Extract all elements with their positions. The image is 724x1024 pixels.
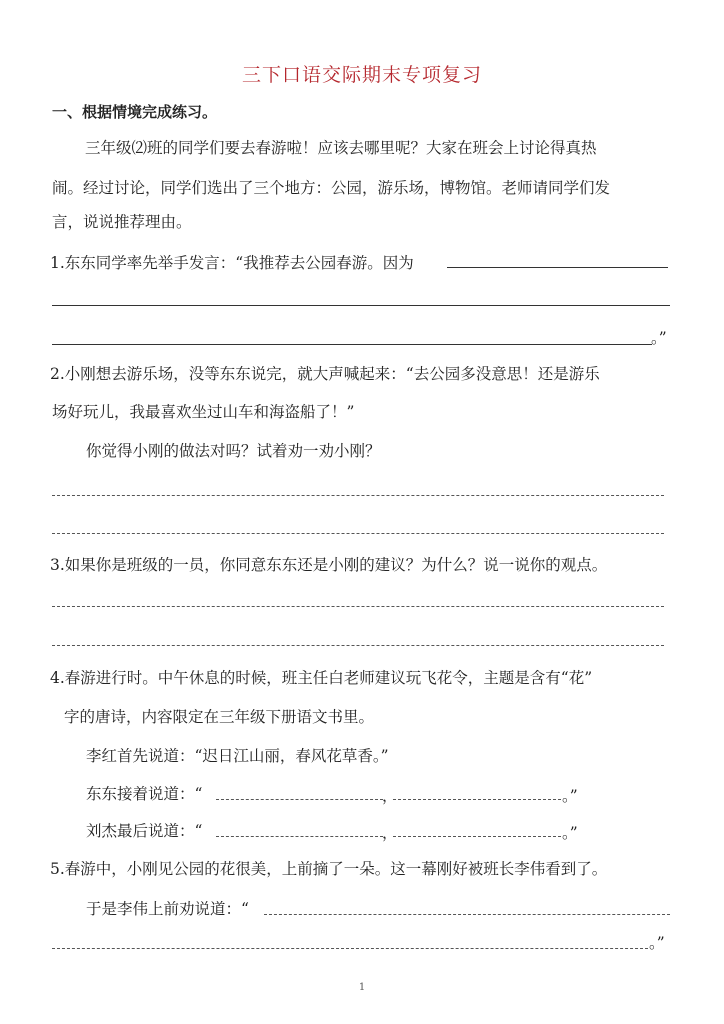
question-1: 1.东东同学率先举手发言：“我推荐去公园春游。因为 bbox=[50, 253, 414, 273]
question-5-line-1: 5.春游中，小刚见公园的花很美，上前摘了一朵。这一幕刚好被班长李伟看到了。 bbox=[50, 859, 607, 879]
comma: ， bbox=[382, 784, 398, 806]
closing-quote-q5: 。” bbox=[649, 931, 665, 953]
question-number: 1. bbox=[50, 254, 65, 272]
intro-line-3: 言，说说推荐理由。 bbox=[52, 212, 192, 232]
answer-line-q1-b[interactable] bbox=[52, 305, 670, 306]
intro-line-2: 闹。经过讨论，同学们选出了三个地方：公园，游乐场，博物馆。老师请同学们发 bbox=[52, 178, 610, 198]
answer-blank-liujie-1[interactable] bbox=[216, 836, 383, 837]
question-number: 3. bbox=[50, 556, 65, 574]
answer-line-q5-b[interactable] bbox=[52, 948, 648, 949]
answer-blank-dongdong-2[interactable] bbox=[393, 799, 561, 800]
answer-line-q3-a[interactable] bbox=[52, 606, 664, 607]
question-text: 如果你是班级的一员，你同意东东还是小刚的建议？为什么？说一说你的观点。 bbox=[65, 556, 608, 574]
worksheet-page: 三下口语交际期末专项复习 一、根据情境完成练习。 三年级⑵班的同学们要去春游啦！… bbox=[0, 0, 724, 1024]
question-number: 5. bbox=[50, 860, 65, 878]
question-2-line-2: 场好玩儿，我最喜欢坐过山车和海盗船了！” bbox=[52, 402, 354, 422]
question-2-prompt: 你觉得小刚的做法对吗？试着劝一劝小刚？ bbox=[86, 441, 381, 461]
answer-line-q2-b[interactable] bbox=[52, 533, 664, 534]
question-2-line-1: 2.小刚想去游乐场，没等东东说完，就大声喊起来：“去公园多没意思！还是游乐 bbox=[50, 364, 600, 384]
question-text: 东东同学率先举手发言：“我推荐去公园春游。因为 bbox=[65, 254, 414, 272]
question-4-liujie-label: 刘杰最后说道：“ bbox=[86, 821, 202, 841]
question-text: 春游进行时。中午休息的时候，班主任白老师建议玩飞花令，主题是含有“花” bbox=[65, 669, 592, 687]
question-text: 小刚想去游乐场，没等东东说完，就大声喊起来：“去公园多没意思！还是游乐 bbox=[65, 365, 600, 383]
answer-line-q1-a[interactable] bbox=[447, 267, 668, 268]
answer-blank-liujie-2[interactable] bbox=[393, 836, 561, 837]
question-4-line-2: 字的唐诗，内容限定在三年级下册语文书里。 bbox=[64, 707, 374, 727]
closing-quote: 。” bbox=[562, 784, 578, 806]
answer-line-q5-a[interactable] bbox=[264, 914, 670, 915]
closing-quote: 。” bbox=[562, 821, 578, 843]
answer-blank-dongdong-1[interactable] bbox=[216, 799, 383, 800]
answer-line-q3-b[interactable] bbox=[52, 645, 664, 646]
question-4-line-1: 4.春游进行时。中午休息的时候，班主任白老师建议玩飞花令，主题是含有“花” bbox=[50, 668, 592, 688]
page-number: 1 bbox=[0, 982, 724, 993]
answer-line-q2-a[interactable] bbox=[52, 495, 664, 496]
section-heading: 一、根据情境完成练习。 bbox=[52, 101, 217, 122]
comma: ， bbox=[382, 821, 398, 843]
question-number: 2. bbox=[50, 365, 65, 383]
question-4-dongdong-label: 东东接着说道：“ bbox=[86, 784, 202, 804]
answer-line-q1-c[interactable] bbox=[52, 344, 652, 345]
closing-quote-q1: 。” bbox=[651, 326, 667, 348]
document-title: 三下口语交际期末专项复习 bbox=[0, 60, 724, 87]
question-5-prompt: 于是李伟上前劝说道：“ bbox=[86, 899, 249, 919]
intro-line-1: 三年级⑵班的同学们要去春游啦！应该去哪里呢？大家在班会上讨论得真热 bbox=[85, 138, 597, 158]
question-4-poem-lihong: 李红首先说道：“迟日江山丽，春风花草香。” bbox=[86, 746, 389, 766]
question-number: 4. bbox=[50, 669, 65, 687]
question-text: 春游中，小刚见公园的花很美，上前摘了一朵。这一幕刚好被班长李伟看到了。 bbox=[65, 860, 608, 878]
question-3: 3.如果你是班级的一员，你同意东东还是小刚的建议？为什么？说一说你的观点。 bbox=[50, 555, 607, 575]
